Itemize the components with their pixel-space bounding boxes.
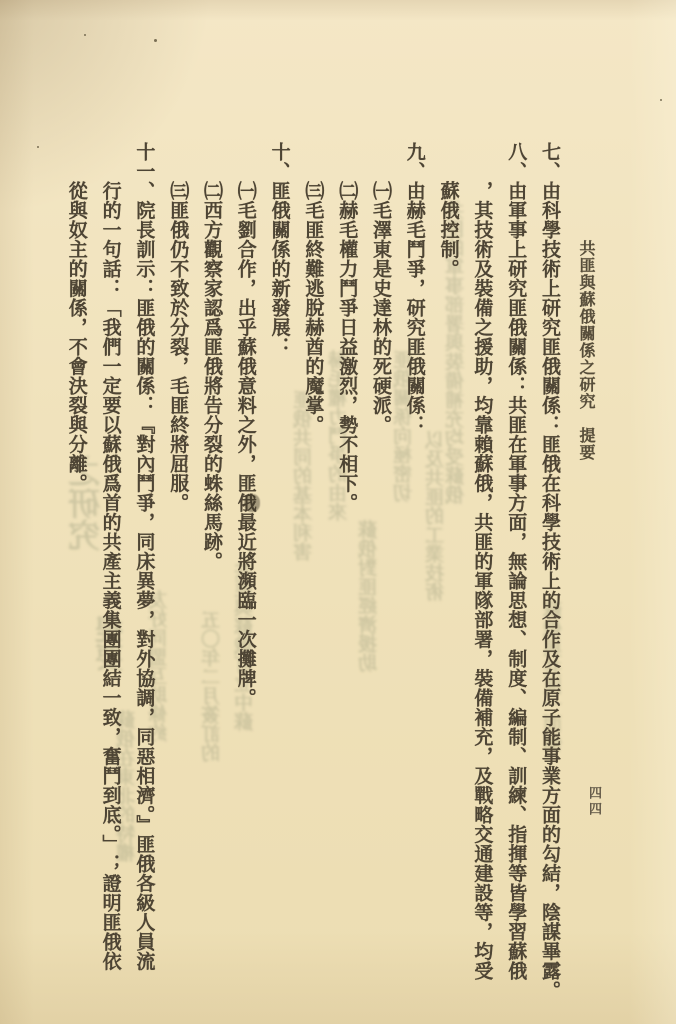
text-column: 十、匪俄關係的新發展：	[270, 142, 289, 357]
text-column: ㈠毛澤東是史達林的死硬派。	[371, 181, 390, 435]
text-column: ㈠毛劉合作，出乎蘇俄意料之外，匪俄最近將瀕臨一次攤牌。	[236, 181, 255, 708]
bleedthrough-text: 以及共匪的工業技術	[427, 430, 446, 601]
paper-speck	[37, 146, 39, 148]
text-column: 十一、院長訓示：匪俄的關係：『對內鬥爭，同床異夢，對外協調，同惡相濟。』匪俄各級…	[134, 142, 153, 971]
text-column: ㈡西方觀察家認爲匪俄將告分裂的蛛絲馬跡。	[202, 181, 221, 571]
scanned-document-page: 蘇俄與共匪一面倒共匪的軍事部署與裝備補充均受蘇俄以及共匪的工業技術匪俄關係向極密…	[0, 0, 676, 1024]
text-column: 九、由赫毛鬥爭，研究匪俄關係：	[405, 142, 424, 435]
text-column: 蘇俄控制。	[439, 181, 458, 279]
page-number: 四四	[588, 786, 601, 818]
paper-speck	[420, 266, 422, 268]
paper-speck	[154, 39, 157, 42]
text-column: 行的一句話：「我們一定要以蘇俄爲首的共產主義集團團結一致，奮鬥到底。」；證明匪俄…	[101, 181, 120, 971]
text-column: 從與奴主的關係，不會決裂與分離。	[67, 181, 86, 493]
text-column: ㈢匪俄仍不致於分裂，毛匪終將屈服。	[168, 181, 187, 513]
text-column: ㈡赫毛權力鬥爭日益激烈，勢不相下。	[337, 181, 356, 513]
text-column: ，其技術及裝備之援助，均靠賴蘇俄，共匪的軍隊部署，裝備補充，及戰略交通建設等，均…	[472, 181, 491, 981]
ink-smudge	[244, 494, 260, 512]
text-column: ㈢毛匪終難逃脫赫酋的魔掌。	[303, 181, 322, 435]
bleedthrough-text: 蘇俄對匪經濟援助	[360, 520, 379, 672]
document-title: 共匪與蘇俄關係之研究 提要	[577, 240, 593, 461]
text-column: 七、由科學技術上研究匪俄關係：匪俄在科學技術上的合作及在原子能事業方面的勾結，陰…	[540, 142, 559, 1000]
paper-speck	[660, 99, 662, 101]
text-column: 八、由軍事上研究匪俄關係：共匪在軍事方面，無論思想、制度、編制、訓練、指揮等皆學…	[506, 142, 525, 981]
bleedthrough-text: 五〇年二月簽訂的	[203, 610, 222, 762]
paper-speck	[84, 34, 86, 36]
